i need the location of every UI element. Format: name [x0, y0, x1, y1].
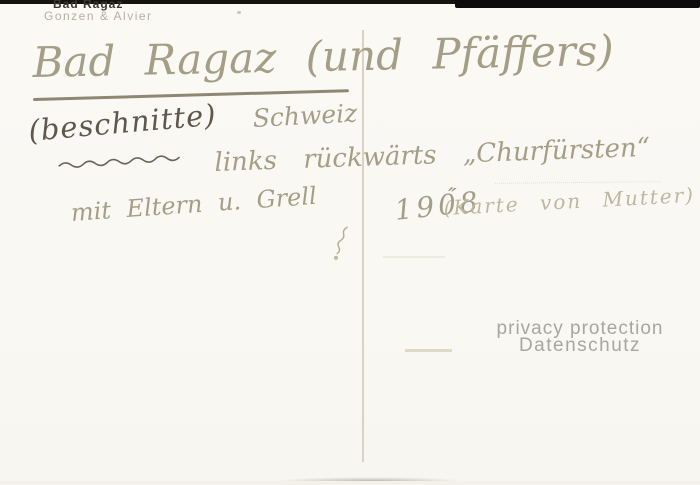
handwritten-eltern-line: mit Eltern u. Grell	[70, 182, 318, 227]
handwritten-schweiz: Schweiz	[252, 99, 358, 133]
postcard-divider-line	[362, 30, 364, 462]
handwritten-links-line: links rückwärts „Churfürsten“	[214, 133, 651, 178]
faded-address-line-2	[383, 256, 445, 258]
postcard-back-scan: Bad Ragaz Gonzen & Alvier Bad Ragaz (und…	[0, 0, 700, 485]
faded-address-line-3	[405, 349, 452, 352]
scan-top-edge-right	[455, 0, 700, 8]
handwritten-right-note: (Karte von Mutter)	[443, 183, 696, 220]
pencil-squiggle-mark	[333, 225, 353, 260]
printed-subtitle: Gonzen & Alvier	[44, 9, 153, 23]
handwritten-beschnitte: (beschnitte)	[27, 98, 218, 148]
faded-address-line-1	[495, 180, 660, 184]
handwritten-title: Bad Ragaz (und Pfäffers)	[32, 26, 614, 87]
privacy-watermark: privacy protection Datenschutz	[478, 320, 682, 354]
beschnitte-wavy-underline	[57, 152, 187, 171]
scan-bottom-edge	[0, 481, 700, 485]
privacy-watermark-line2: Datenschutz	[478, 337, 682, 354]
scan-speck	[237, 11, 241, 14]
